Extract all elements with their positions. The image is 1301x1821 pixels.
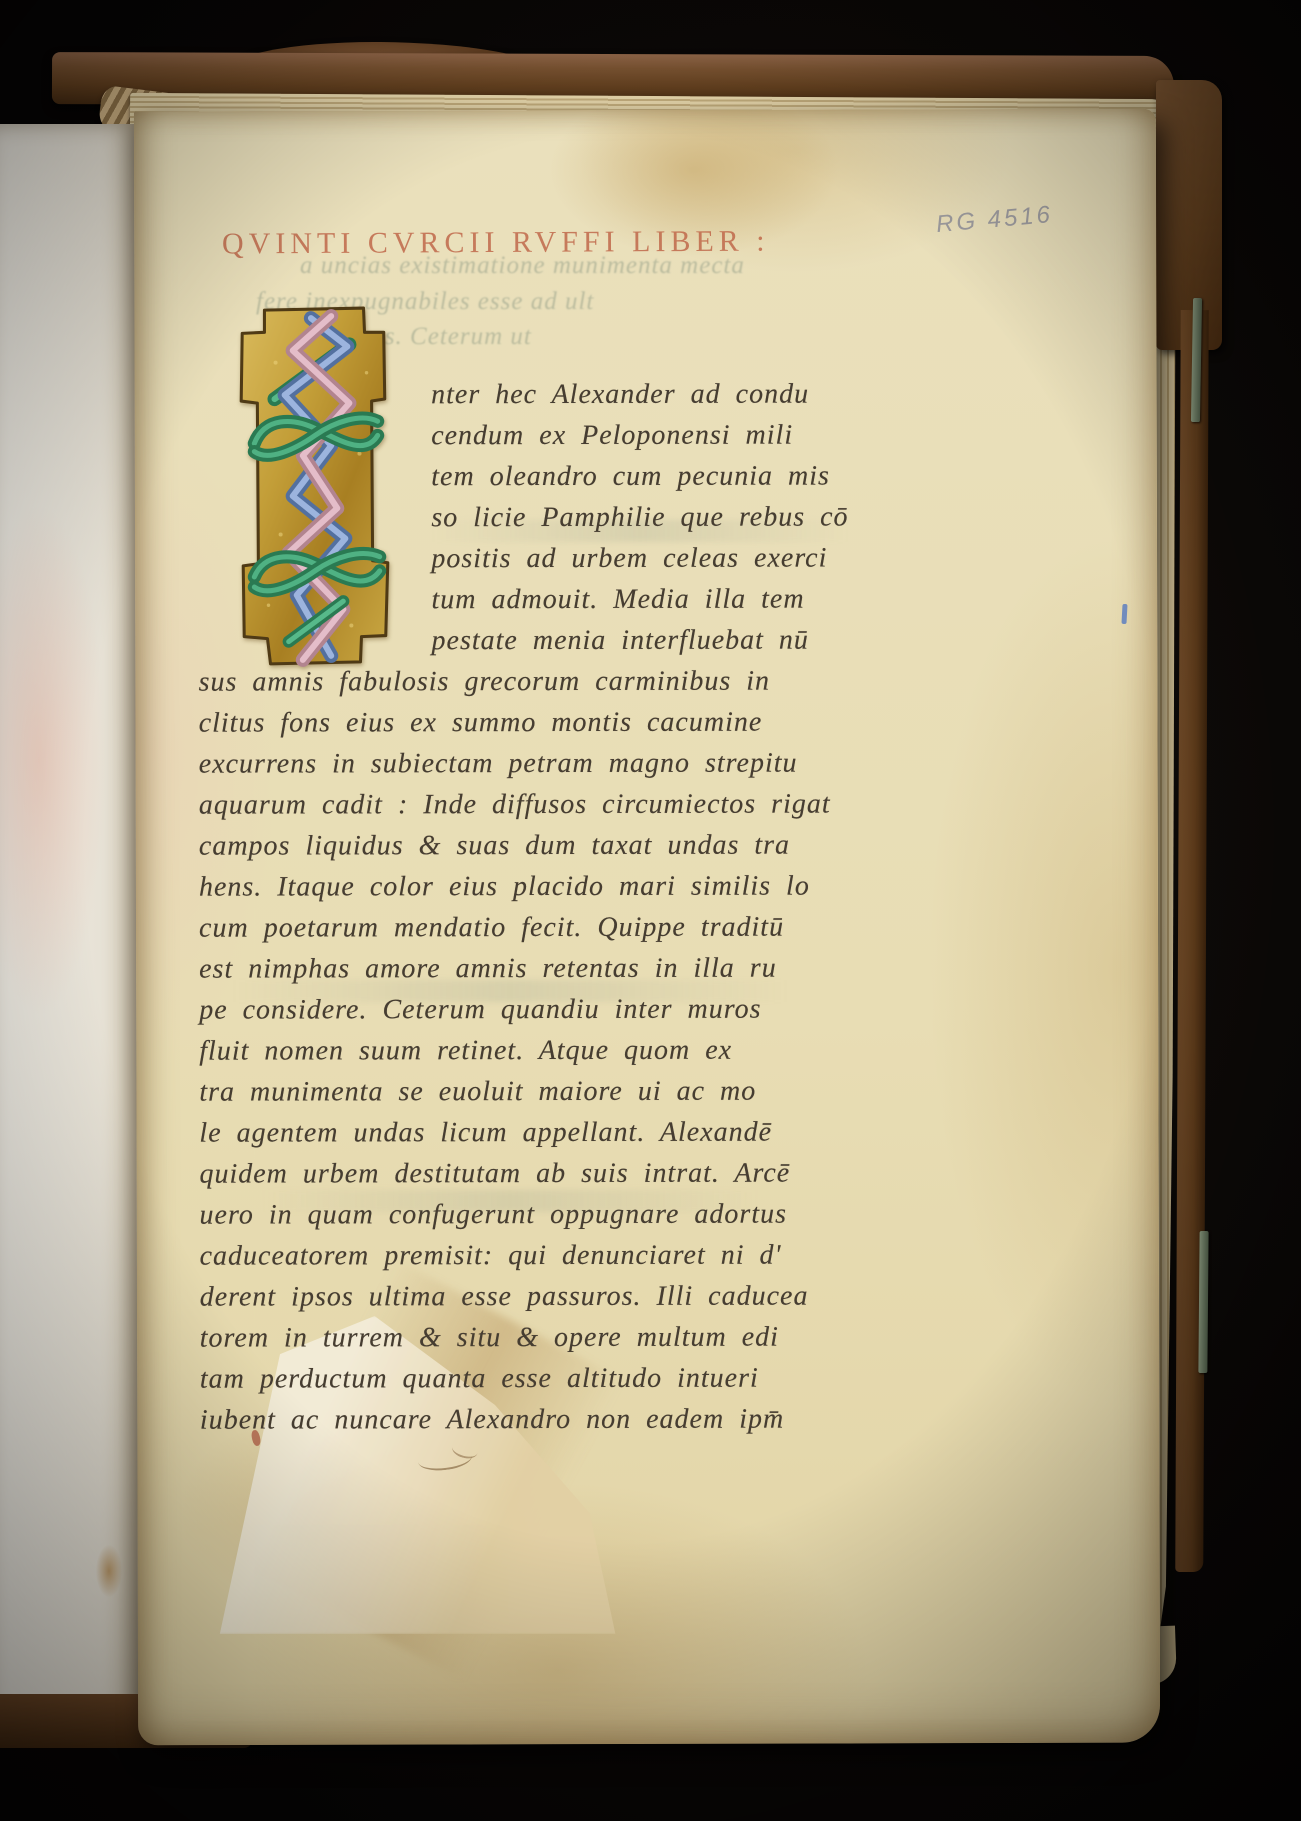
text-line: le agentem undas licum appellant. Alexan… xyxy=(199,1111,919,1153)
text-line: positis ad urbem celeas exerci xyxy=(431,537,918,579)
text-line: tam perductum quanta esse altitudo intue… xyxy=(200,1357,920,1399)
manuscript-photo: RG 4516 QVINTI CVRCII RVFFI LIBER : a un… xyxy=(0,0,1301,1821)
blue-ink-mark xyxy=(1121,604,1127,624)
text-line: sus amnis fabulosis grecorum carminibus … xyxy=(199,660,919,702)
text-line: aquarum cadit : Inde diffusos circumiect… xyxy=(199,783,919,825)
text-line: torem in turrem & situ & opere multum ed… xyxy=(200,1316,920,1358)
text-line: hens. Itaque color eius placido mari sim… xyxy=(199,865,919,907)
bleedthrough-line: a uncias existimatione munimenta mecta xyxy=(300,252,745,280)
text-line: quidem urbem destitutam ab suis intrat. … xyxy=(199,1152,919,1194)
book-cover-right-edge xyxy=(1175,310,1209,1572)
text-line: caduceatorem premisit: qui denunciaret n… xyxy=(200,1234,920,1276)
flyleaf-stain xyxy=(96,1545,122,1597)
text-line: pe considere. Ceterum quandiu inter muro… xyxy=(199,988,919,1030)
text-line: tem oleandro cum pecunia mis xyxy=(431,455,918,497)
text-line: cendum ex Peloponensi mili xyxy=(431,414,918,456)
text-block: nter hec Alexander ad condu cendum ex Pe… xyxy=(198,373,920,1440)
text-line: iubent ac nuncare Alexandro non eadem ip… xyxy=(200,1398,920,1440)
text-line: tum admouit. Media illa tem xyxy=(431,578,918,620)
text-line: uero in quam confugerunt oppugnare adort… xyxy=(200,1193,920,1235)
text-line: est nimphas amore amnis retentas in illa… xyxy=(199,947,919,989)
clasp-remnant-bottom xyxy=(1198,1231,1208,1373)
flyleaf-pink-tint xyxy=(0,380,130,1140)
text-line: tra munimenta se euoluit maiore ui ac mo xyxy=(199,1070,919,1112)
text-line: pestate menia interfluebat nū xyxy=(431,619,918,661)
text-line: clitus fons eius ex summo montis cacumin… xyxy=(199,701,919,743)
text-line: excurrens in subiectam petram magno stre… xyxy=(199,742,919,784)
text-line: so licie Pamphilie que rebus cō xyxy=(431,496,918,538)
text-line: fluit nomen suum retinet. Atque quom ex xyxy=(199,1029,919,1071)
text-line: cum poetarum mendatio fecit. Quippe trad… xyxy=(199,906,919,948)
text-line: nter hec Alexander ad condu xyxy=(431,373,918,415)
text-line: campos liquidus & suas dum taxat undas t… xyxy=(199,824,919,866)
text-line: derent ipsos ultima esse passuros. Illi … xyxy=(200,1275,920,1317)
